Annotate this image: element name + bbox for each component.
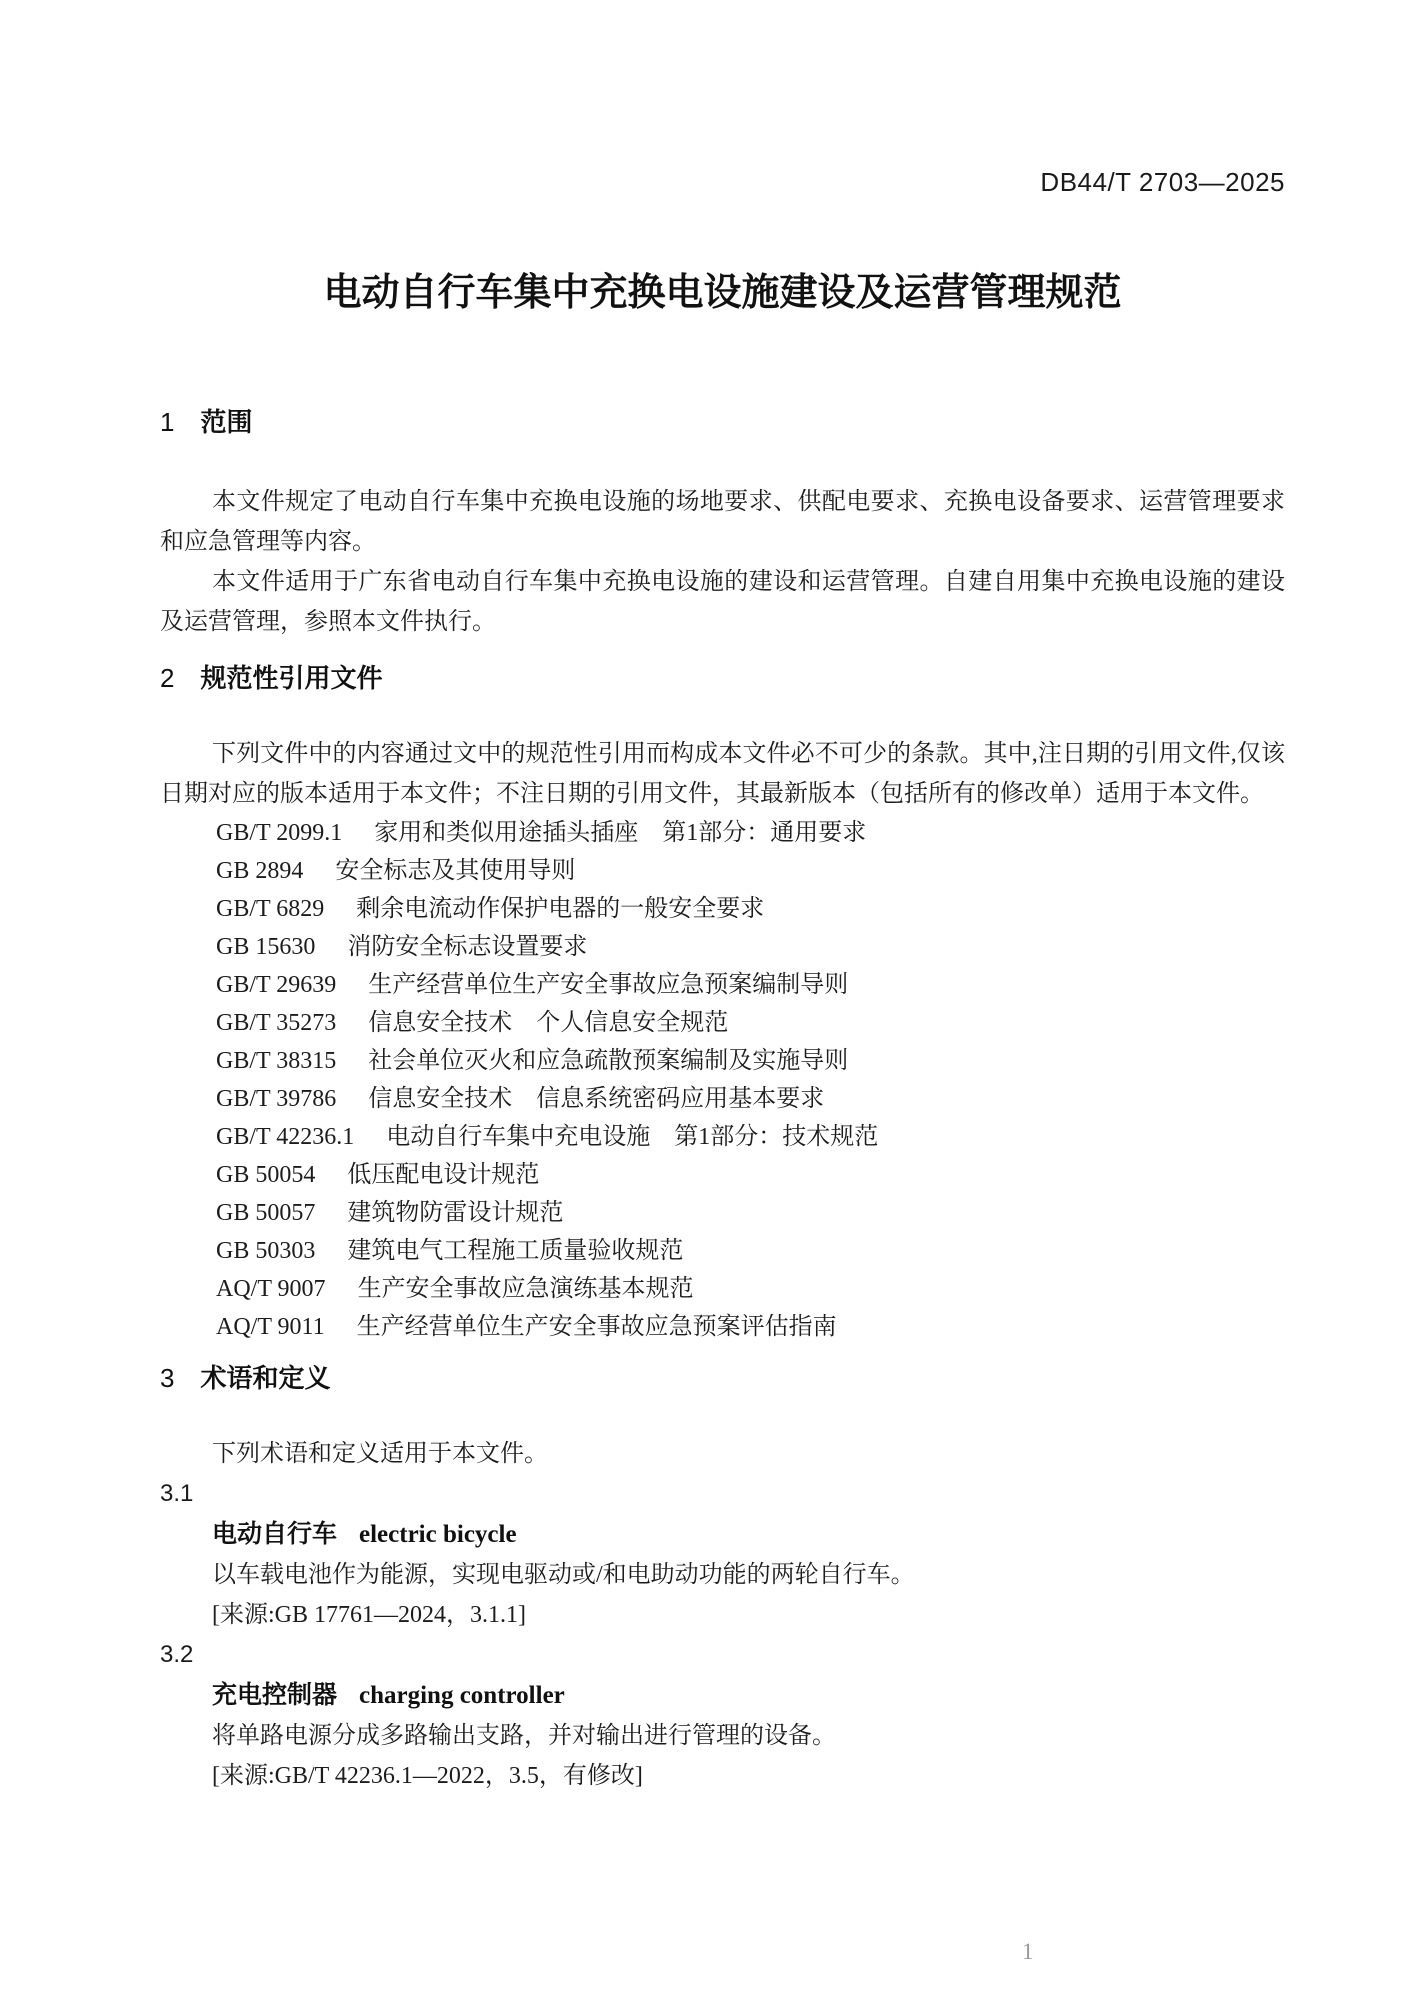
reference-code: GB 50057 (216, 1200, 315, 1226)
reference-item: GB 2894安全标志及其使用导则 (160, 852, 1285, 890)
section-number: 2 (160, 663, 174, 693)
section-scope-heading: 1范围 (160, 406, 1285, 438)
reference-title: 信息安全技术 个人信息安全规范 (368, 1010, 728, 1036)
clause-number: 3.1 (160, 1474, 1285, 1514)
reference-title: 生产经营单位生产安全事故应急预案编制导则 (368, 972, 848, 998)
reference-title: 生产安全事故应急演练基本规范 (358, 1276, 694, 1302)
term-en: electric bicycle (359, 1521, 517, 1548)
reference-code: GB/T 35273 (216, 1010, 336, 1036)
reference-title: 安全标志及其使用导则 (335, 858, 575, 884)
reference-code: GB/T 2099.1 (216, 820, 342, 846)
reference-code: GB/T 29639 (216, 972, 336, 998)
terms-intro: 下列术语和定义适用于本文件。 (160, 1434, 1285, 1474)
term-line: 充电控制器charging controller (160, 1675, 1285, 1716)
term-en: charging controller (359, 1682, 565, 1709)
term-source: [来源:GB/T 42236.1—2022，3.5，有修改] (160, 1756, 1285, 1796)
reference-item: GB 50057建筑物防雷设计规范 (160, 1194, 1285, 1232)
reference-item: GB 50303建筑电气工程施工质量验收规范 (160, 1232, 1285, 1270)
reference-item: GB/T 2099.1家用和类似用途插头插座 第1部分：通用要求 (160, 814, 1285, 852)
reference-item: GB 15630消防安全标志设置要求 (160, 928, 1285, 966)
reference-title: 信息安全技术 信息系统密码应用基本要求 (368, 1086, 824, 1112)
reference-item: GB/T 29639生产经营单位生产安全事故应急预案编制导则 (160, 966, 1285, 1004)
reference-code: GB/T 42236.1 (216, 1124, 354, 1150)
section-number: 1 (160, 407, 174, 437)
doc-code: DB44/T 2703—2025 (160, 0, 1285, 196)
reference-code: GB 50054 (216, 1162, 315, 1188)
references-intro: 下列文件中的内容通过文中的规范性引用而构成本文件必不可少的条款。其中,注日期的引… (160, 734, 1285, 814)
document-title: 电动自行车集中充换电设施建设及运营管理规范 (160, 270, 1285, 316)
section-heading-label: 规范性引用文件 (200, 663, 382, 693)
section-references-heading: 2规范性引用文件 (160, 662, 1285, 694)
document-page: DB44/T 2703—2025 电动自行车集中充换电设施建设及运营管理规范 1… (0, 0, 1414, 2000)
paragraph: 下列文件中的内容通过文中的规范性引用而构成本文件必不可少的条款。其中,注日期的引… (160, 734, 1285, 814)
reference-item: GB/T 39786信息安全技术 信息系统密码应用基本要求 (160, 1080, 1285, 1118)
reference-code: AQ/T 9011 (216, 1314, 325, 1340)
reference-title: 电动自行车集中充电设施 第1部分：技术规范 (386, 1124, 878, 1150)
reference-item: GB/T 38315社会单位灭火和应急疏散预案编制及实施导则 (160, 1042, 1285, 1080)
reference-code: GB 2894 (216, 858, 303, 884)
term-definition: 以车载电池作为能源，实现电驱动或/和电助动功能的两轮自行车。 (160, 1555, 1285, 1595)
reference-title: 消防安全标志设置要求 (347, 934, 587, 960)
reference-item: AQ/T 9011生产经营单位生产安全事故应急预案评估指南 (160, 1308, 1285, 1346)
reference-title: 低压配电设计规范 (347, 1162, 539, 1188)
section-number: 3 (160, 1363, 174, 1393)
paragraph: 本文件适用于广东省电动自行车集中充换电设施的建设和运营管理。自建自用集中充换电设… (160, 562, 1285, 642)
reference-code: GB 50303 (216, 1238, 315, 1264)
reference-item: GB/T 35273信息安全技术 个人信息安全规范 (160, 1004, 1285, 1042)
reference-code: AQ/T 9007 (216, 1276, 326, 1302)
reference-item: GB 50054低压配电设计规范 (160, 1156, 1285, 1194)
reference-code: GB/T 39786 (216, 1086, 336, 1112)
clause-number: 3.2 (160, 1635, 1285, 1675)
term-definition: 将单路电源分成多路输出支路，并对输出进行管理的设备。 (160, 1716, 1285, 1756)
reference-list: GB/T 2099.1家用和类似用途插头插座 第1部分：通用要求 GB 2894… (160, 814, 1285, 1346)
term-source: [来源:GB 17761—2024，3.1.1] (160, 1595, 1285, 1635)
reference-title: 社会单位灭火和应急疏散预案编制及实施导则 (368, 1048, 848, 1074)
page-number: 1 (1022, 1940, 1034, 1964)
reference-item: GB/T 6829剩余电流动作保护电器的一般安全要求 (160, 890, 1285, 928)
reference-code: GB 15630 (216, 934, 315, 960)
reference-title: 建筑物防雷设计规范 (347, 1200, 563, 1226)
reference-item: GB/T 42236.1电动自行车集中充电设施 第1部分：技术规范 (160, 1118, 1285, 1156)
term-entry: 3.2 充电控制器charging controller 将单路电源分成多路输出… (160, 1635, 1285, 1796)
reference-item: AQ/T 9007生产安全事故应急演练基本规范 (160, 1270, 1285, 1308)
reference-title: 剩余电流动作保护电器的一般安全要求 (356, 896, 764, 922)
scope-body: 本文件规定了电动自行车集中充换电设施的场地要求、供配电要求、充换电设备要求、运营… (160, 482, 1285, 642)
reference-title: 生产经营单位生产安全事故应急预案评估指南 (357, 1314, 837, 1340)
section-heading-label: 范围 (200, 407, 252, 437)
reference-title: 建筑电气工程施工质量验收规范 (347, 1238, 683, 1264)
term-entry: 3.1 电动自行车electric bicycle 以车载电池作为能源，实现电驱… (160, 1474, 1285, 1635)
section-terms-heading: 3术语和定义 (160, 1362, 1285, 1394)
reference-title: 家用和类似用途插头插座 第1部分：通用要求 (374, 820, 866, 846)
term-line: 电动自行车electric bicycle (160, 1514, 1285, 1555)
term-zh: 电动自行车 (212, 1520, 337, 1548)
reference-code: GB/T 38315 (216, 1048, 336, 1074)
paragraph: 本文件规定了电动自行车集中充换电设施的场地要求、供配电要求、充换电设备要求、运营… (160, 482, 1285, 562)
reference-code: GB/T 6829 (216, 896, 324, 922)
term-zh: 充电控制器 (212, 1681, 337, 1709)
section-heading-label: 术语和定义 (200, 1363, 330, 1393)
